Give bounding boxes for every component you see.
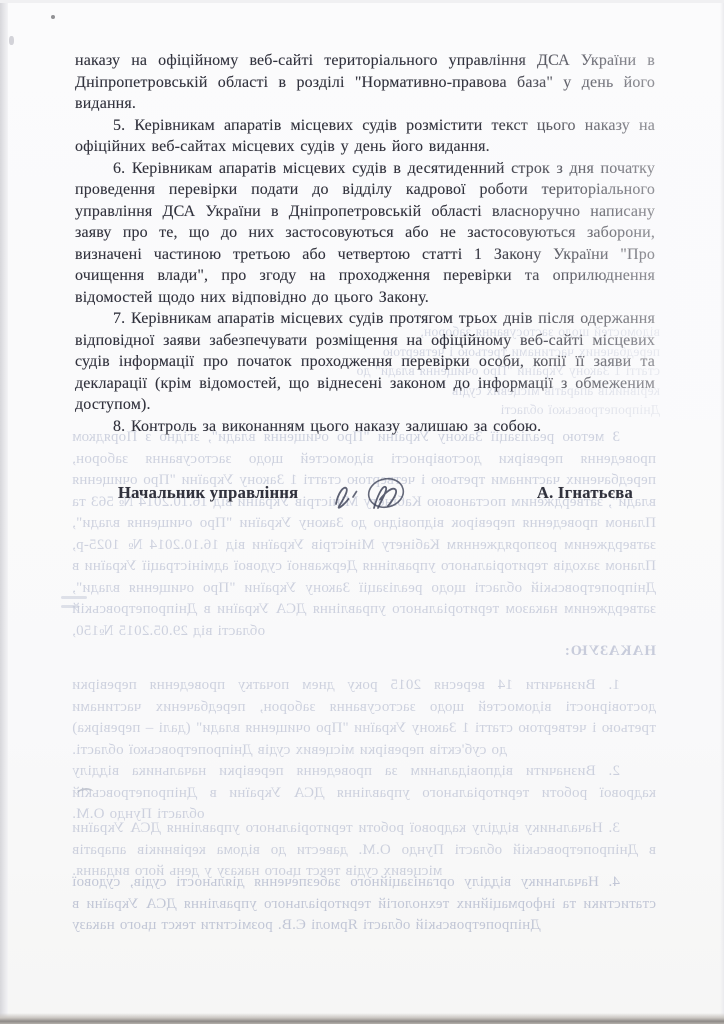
scan-fade-overlay — [300, 40, 724, 420]
scan-edge-left — [0, 0, 8, 1024]
scan-speck — [51, 15, 55, 19]
scanned-document-page: відомостей щодо застосування заборон, пе… — [0, 0, 724, 1024]
signatory-title: Начальник управління — [118, 471, 298, 503]
scan-edge-bottom — [0, 1013, 724, 1024]
signature-block: Начальник управління А. Ігнатьєва — [75, 471, 655, 519]
scan-edge-right — [720, 0, 724, 1024]
scan-speck — [9, 36, 14, 45]
signatory-name: А. Ігнатьєва — [537, 471, 655, 503]
margin-noise-marks — [61, 596, 87, 614]
scan-edge-top — [0, 0, 724, 3]
handwritten-signature-autograph — [322, 471, 422, 519]
